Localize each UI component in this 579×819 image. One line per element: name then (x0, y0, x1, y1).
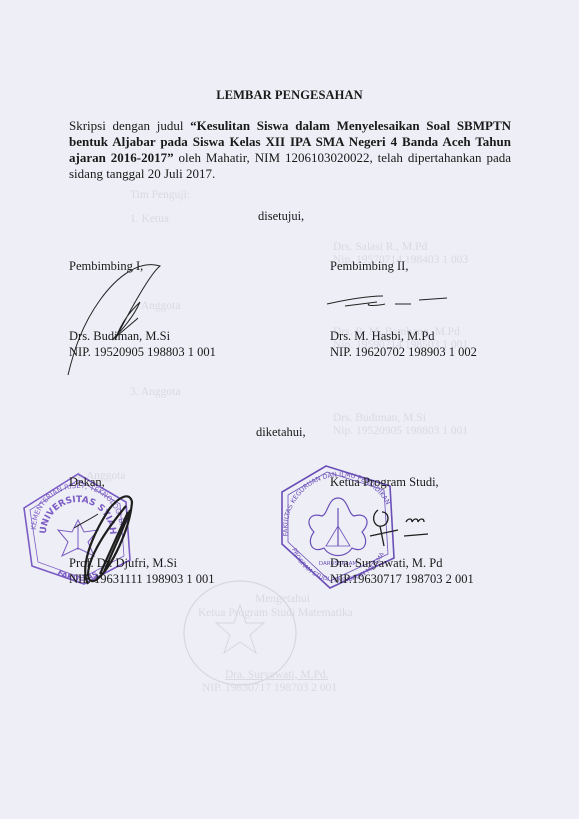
advisor-2-nip: NIP. 19620702 198903 1 002 (330, 345, 477, 360)
known-label: diketahui, (256, 425, 306, 440)
bleed-text: Nip. 19520905 198803 1 001 (333, 425, 468, 438)
approval-page: Tim Penguji: 1. Ketua Drs. Salasi R., M.… (0, 0, 579, 819)
program-head-name: Dra. Suryawati, M. Pd (330, 556, 443, 571)
dean-nip: NIP. 19631111 198903 1 001 (69, 572, 215, 587)
bleed-text: 1. Ketua (130, 213, 169, 226)
program-head-signature-icon (368, 502, 438, 552)
approved-label: disetujui, (258, 209, 304, 224)
bleed-text: Drs. Salasi R., M.Pd (333, 241, 427, 254)
advisor-2-role: Pembimbing II, (330, 259, 408, 274)
paragraph-prefix: Skripsi dengan judul (69, 118, 190, 133)
bleed-text: Tim Penguji: (130, 189, 190, 202)
dean-role: Dekan, (69, 475, 105, 490)
program-head-nip: NIP.19630717 198703 2 001 (330, 572, 474, 587)
bleed-text: Drs. Budiman, M.Si (333, 412, 426, 425)
advisor-2-signature-icon (325, 292, 455, 312)
bleed-seal-icon (180, 575, 310, 695)
program-head-role: Ketua Program Studi, (330, 475, 439, 490)
approval-paragraph: Skripsi dengan judul “Kesulitan Siswa da… (69, 118, 511, 182)
advisor-2-name: Drs. M. Hasbi, M.Pd (330, 329, 435, 344)
dean-name: Prof. Dr. Djufri, M.Si (69, 556, 177, 571)
page-title: LEMBAR PENGESAHAN (0, 88, 579, 103)
bleed-text: 3. Anggota (130, 386, 180, 399)
advisor-1-signature-icon (60, 250, 170, 380)
